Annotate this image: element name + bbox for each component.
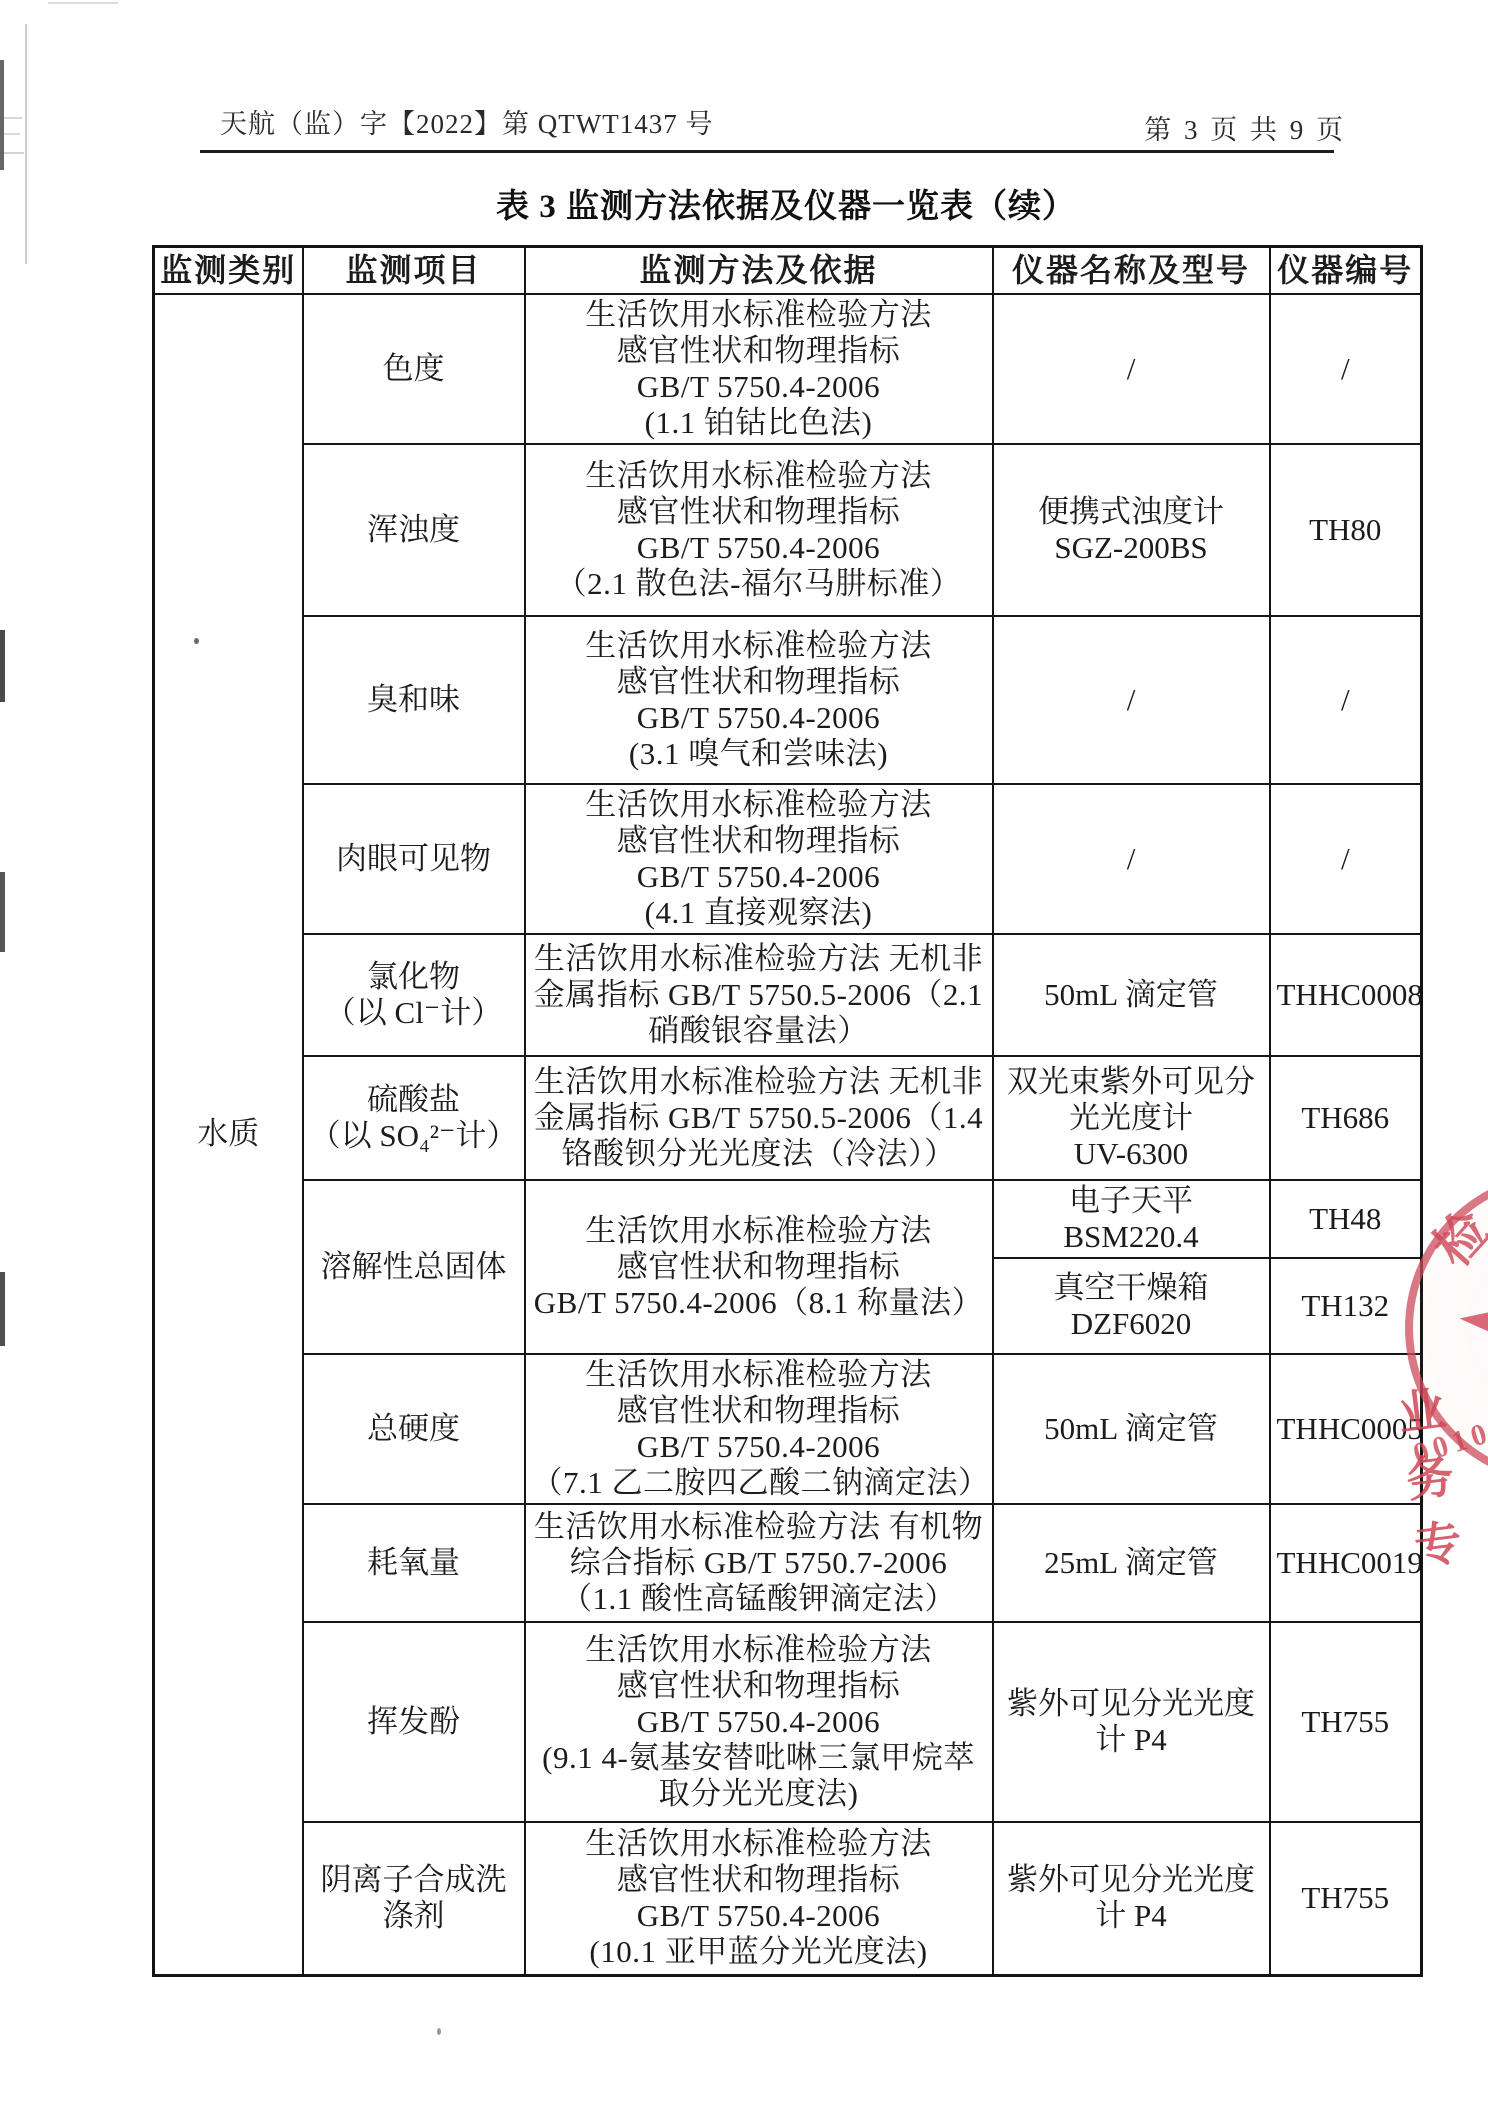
table-row: 硫酸盐 （以 SO₄²⁻计） 生活饮用水标准检验方法 无机非 金属指标 GB/T…	[154, 1056, 1422, 1180]
method-cell: 生活饮用水标准检验方法 无机非 金属指标 GB/T 5750.5-2006（2.…	[525, 934, 993, 1056]
instrument-cell: /	[993, 294, 1270, 444]
col-header-instrument: 仪器名称及型号	[993, 247, 1270, 294]
table-header-row: 监测类别 监测项目 监测方法及依据 仪器名称及型号 仪器编号	[154, 247, 1422, 294]
instrument-cell: 25mL 滴定管	[993, 1504, 1270, 1622]
monitoring-methods-table: 监测类别 监测项目 监测方法及依据 仪器名称及型号 仪器编号 水质 色度 生活饮…	[152, 245, 1423, 1977]
table-row: 浑浊度 生活饮用水标准检验方法 感官性状和物理指标 GB/T 5750.4-20…	[154, 444, 1422, 616]
scan-artifact	[0, 872, 5, 952]
code-cell: THHC0005	[1270, 1354, 1422, 1504]
scan-artifact	[0, 630, 5, 702]
table-row: 挥发酚 生活饮用水标准检验方法 感官性状和物理指标 GB/T 5750.4-20…	[154, 1622, 1422, 1822]
instrument-cell: 真空干燥箱 DZF6020	[993, 1258, 1270, 1354]
header-rule	[200, 150, 1334, 153]
item-cell: 色度	[303, 294, 525, 444]
table-row: 总硬度 生活饮用水标准检验方法 感官性状和物理指标 GB/T 5750.4-20…	[154, 1354, 1422, 1504]
instrument-cell: 便携式浊度计 SGZ-200BS	[993, 444, 1270, 616]
method-cell: 生活饮用水标准检验方法 有机物 综合指标 GB/T 5750.7-2006 （1…	[525, 1504, 993, 1622]
category-cell: 水质	[154, 294, 303, 1976]
code-cell: THHC0008	[1270, 934, 1422, 1056]
scan-artifact	[0, 1272, 5, 1346]
item-cell: 耗氧量	[303, 1504, 525, 1622]
instrument-cell: 电子天平 BSM220.4	[993, 1180, 1270, 1258]
table-row: 阴离子合成洗 涤剂 生活饮用水标准检验方法 感官性状和物理指标 GB/T 575…	[154, 1822, 1422, 1976]
item-cell: 溶解性总固体	[303, 1180, 525, 1354]
code-cell: THHC0019	[1270, 1504, 1422, 1622]
item-cell: 臭和味	[303, 616, 525, 784]
scan-artifact	[437, 2028, 441, 2035]
code-cell: TH80	[1270, 444, 1422, 616]
instrument-cell: 紫外可见分光光度 计 P4	[993, 1622, 1270, 1822]
instrument-cell: /	[993, 616, 1270, 784]
item-cell: 氯化物 （以 Cl⁻计）	[303, 934, 525, 1056]
table-title: 表 3 监测方法依据及仪器一览表（续）	[152, 180, 1420, 227]
col-header-code: 仪器编号	[1270, 247, 1422, 294]
item-cell: 阴离子合成洗 涤剂	[303, 1822, 525, 1976]
item-cell: 总硬度	[303, 1354, 525, 1504]
code-cell: TH755	[1270, 1622, 1422, 1822]
code-cell: TH755	[1270, 1822, 1422, 1976]
method-cell: 生活饮用水标准检验方法 感官性状和物理指标 GB/T 5750.4-2006 (…	[525, 616, 993, 784]
col-header-item: 监测项目	[303, 247, 525, 294]
instrument-cell: 50mL 滴定管	[993, 934, 1270, 1056]
code-cell: TH132	[1270, 1258, 1422, 1354]
code-cell: TH686	[1270, 1056, 1422, 1180]
instrument-cell: 双光束紫外可见分 光光度计 UV-6300	[993, 1056, 1270, 1180]
item-cell: 肉眼可见物	[303, 784, 525, 934]
method-cell: 生活饮用水标准检验方法 感官性状和物理指标 GB/T 5750.4-2006 (…	[525, 1622, 993, 1822]
page-number: 第 3 页 共 9 页	[1144, 108, 1346, 147]
code-cell: /	[1270, 616, 1422, 784]
instrument-cell: /	[993, 784, 1270, 934]
table-row: 耗氧量 生活饮用水标准检验方法 有机物 综合指标 GB/T 5750.7-200…	[154, 1504, 1422, 1622]
instrument-cell: 50mL 滴定管	[993, 1354, 1270, 1504]
method-cell: 生活饮用水标准检验方法 感官性状和物理指标 GB/T 5750.4-2006（8…	[525, 1180, 993, 1354]
code-cell: TH48	[1270, 1180, 1422, 1258]
item-cell: 浑浊度	[303, 444, 525, 616]
code-cell: /	[1270, 784, 1422, 934]
table-row: 臭和味 生活饮用水标准检验方法 感官性状和物理指标 GB/T 5750.4-20…	[154, 616, 1422, 784]
scan-artifact	[194, 638, 199, 644]
item-cell: 硫酸盐 （以 SO₄²⁻计）	[303, 1056, 525, 1180]
method-cell: 生活饮用水标准检验方法 感官性状和物理指标 GB/T 5750.4-2006 （…	[525, 1354, 993, 1504]
col-header-category: 监测类别	[154, 247, 303, 294]
document-number: 天航（监）字【2022】第 QTWT1437 号	[220, 102, 713, 141]
col-header-method: 监测方法及依据	[525, 247, 993, 294]
method-cell: 生活饮用水标准检验方法 感官性状和物理指标 GB/T 5750.4-2006 (…	[525, 294, 993, 444]
instrument-cell: 紫外可见分光光度 计 P4	[993, 1822, 1270, 1976]
scan-artifact	[25, 24, 27, 264]
scan-artifact	[48, 2, 118, 4]
code-cell: /	[1270, 294, 1422, 444]
item-cell: 挥发酚	[303, 1622, 525, 1822]
method-cell: 生活饮用水标准检验方法 无机非 金属指标 GB/T 5750.5-2006（1.…	[525, 1056, 993, 1180]
method-cell: 生活饮用水标准检验方法 感官性状和物理指标 GB/T 5750.4-2006 (…	[525, 784, 993, 934]
table-row: 水质 色度 生活饮用水标准检验方法 感官性状和物理指标 GB/T 5750.4-…	[154, 294, 1422, 444]
scan-artifact	[0, 60, 4, 170]
table-row: 溶解性总固体 生活饮用水标准检验方法 感官性状和物理指标 GB/T 5750.4…	[154, 1180, 1422, 1258]
table-row: 肉眼可见物 生活饮用水标准检验方法 感官性状和物理指标 GB/T 5750.4-…	[154, 784, 1422, 934]
table-row: 氯化物 （以 Cl⁻计） 生活饮用水标准检验方法 无机非 金属指标 GB/T 5…	[154, 934, 1422, 1056]
method-cell: 生活饮用水标准检验方法 感官性状和物理指标 GB/T 5750.4-2006 (…	[525, 1822, 993, 1976]
method-cell: 生活饮用水标准检验方法 感官性状和物理指标 GB/T 5750.4-2006 （…	[525, 444, 993, 616]
